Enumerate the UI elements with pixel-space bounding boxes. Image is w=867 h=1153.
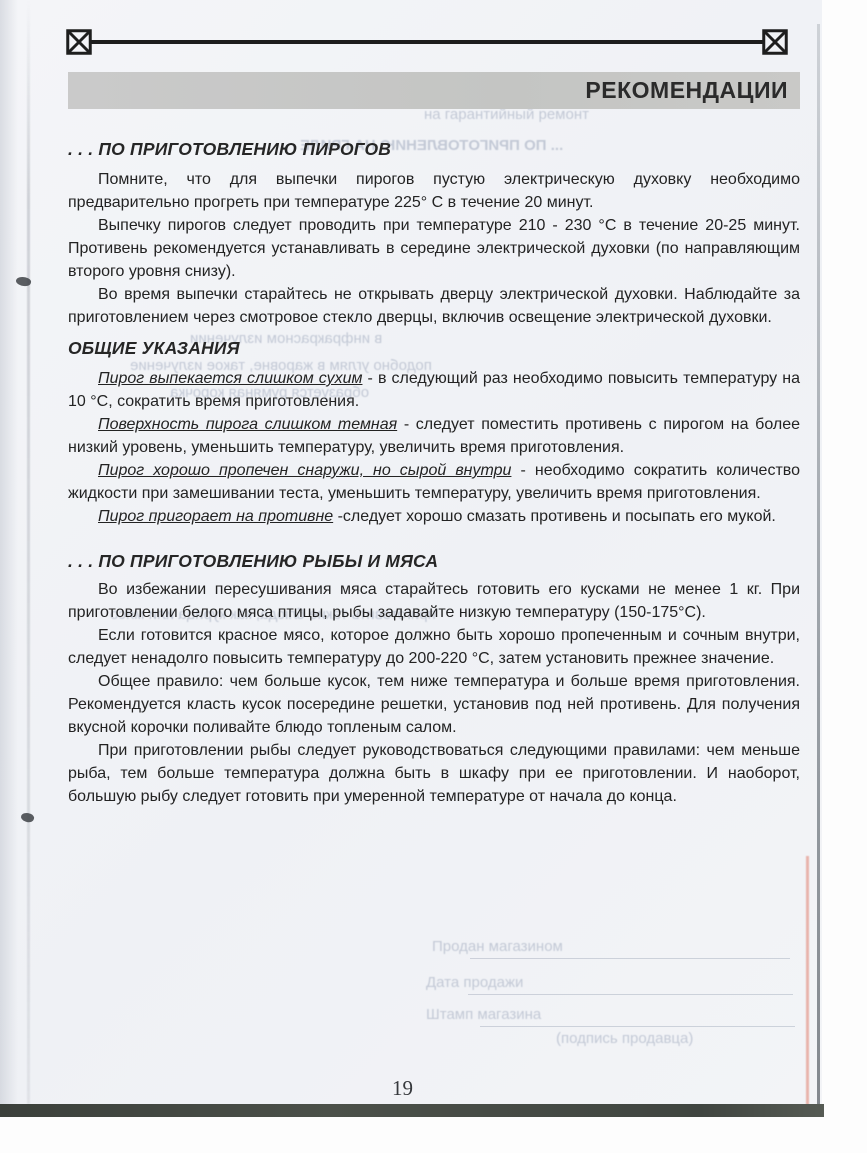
bleedthrough-text: Дата продажи (426, 974, 523, 991)
heading-fish-meat: . . . ПО ПРИГОТОВЛЕНИЮ РЫБЫ И МЯСА (68, 550, 800, 572)
heading-pies: . . . ПО ПРИГОТОВЛЕНИЮ ПИРОГОВ (68, 138, 800, 160)
bleedthrough-underline (480, 1026, 795, 1027)
bleedthrough-text: (подпись продавца) (556, 1030, 693, 1047)
item-lead: Пирог пригорает на противне (98, 508, 333, 525)
fish-paragraph-3: Общее правило: чем больше кусок, тем ниж… (68, 670, 800, 739)
fish-paragraph-4: При приготовлении рыбы следует руководст… (68, 739, 800, 808)
binding-mark (20, 811, 35, 824)
general-item-2: Поверхность пирога слишком темная - след… (68, 413, 800, 459)
binding-crease (27, 0, 30, 1104)
binding-shade (0, 0, 18, 1106)
bowtie-ornament-icon (64, 27, 94, 57)
pies-paragraph-1: Помните, что для выпечки пирогов пустую … (68, 168, 800, 214)
general-item-1: Пирог выпекается слишком сухим - в следу… (68, 367, 800, 413)
item-rest: -следует хорошо смазать противень и посы… (333, 508, 776, 525)
item-lead: Пирог хорошо пропечен снаружи, но сырой … (98, 462, 511, 479)
bleedthrough-text: Продан магазином (432, 938, 563, 955)
page-scan: на гарантийный ремонт ... ПО ПРИГОТОВЛЕН… (0, 0, 822, 1106)
ornament-rule (64, 27, 790, 57)
recommendations-banner: РЕКОМЕНДАЦИИ (68, 72, 800, 109)
pies-paragraph-2: Выпечку пирогов следует проводить при те… (68, 214, 800, 283)
page-edge-pink (806, 856, 809, 1106)
pies-paragraph-3: Во время выпечки старайтесь не открывать… (68, 283, 800, 329)
banner-title: РЕКОМЕНДАЦИИ (585, 77, 800, 104)
page-content: . . . ПО ПРИГОТОВЛЕНИЮ ПИРОГОВ Помните, … (68, 138, 800, 808)
page-edge-right (817, 24, 820, 1106)
fish-paragraph-1: Во избежании пересушивания мяса старайте… (68, 578, 800, 624)
item-lead: Пирог выпекается слишком сухим (98, 370, 362, 387)
general-item-4: Пирог пригорает на противне -следует хор… (68, 505, 800, 528)
bleedthrough-text: Штамп магазина (426, 1006, 541, 1023)
heading-general: ОБЩИЕ УКАЗАНИЯ (68, 337, 800, 359)
bowtie-ornament-icon (760, 27, 790, 57)
page-number: 19 (392, 1076, 413, 1101)
page-edge-bottom (0, 1104, 824, 1117)
bleedthrough-underline (468, 994, 793, 995)
general-item-3: Пирог хорошо пропечен снаружи, но сырой … (68, 459, 800, 505)
ornament-rule-line (91, 40, 763, 44)
fish-paragraph-2: Если готовится красное мясо, которое дол… (68, 624, 800, 670)
item-lead: Поверхность пирога слишком темная (98, 416, 397, 433)
bleedthrough-underline (470, 958, 790, 959)
